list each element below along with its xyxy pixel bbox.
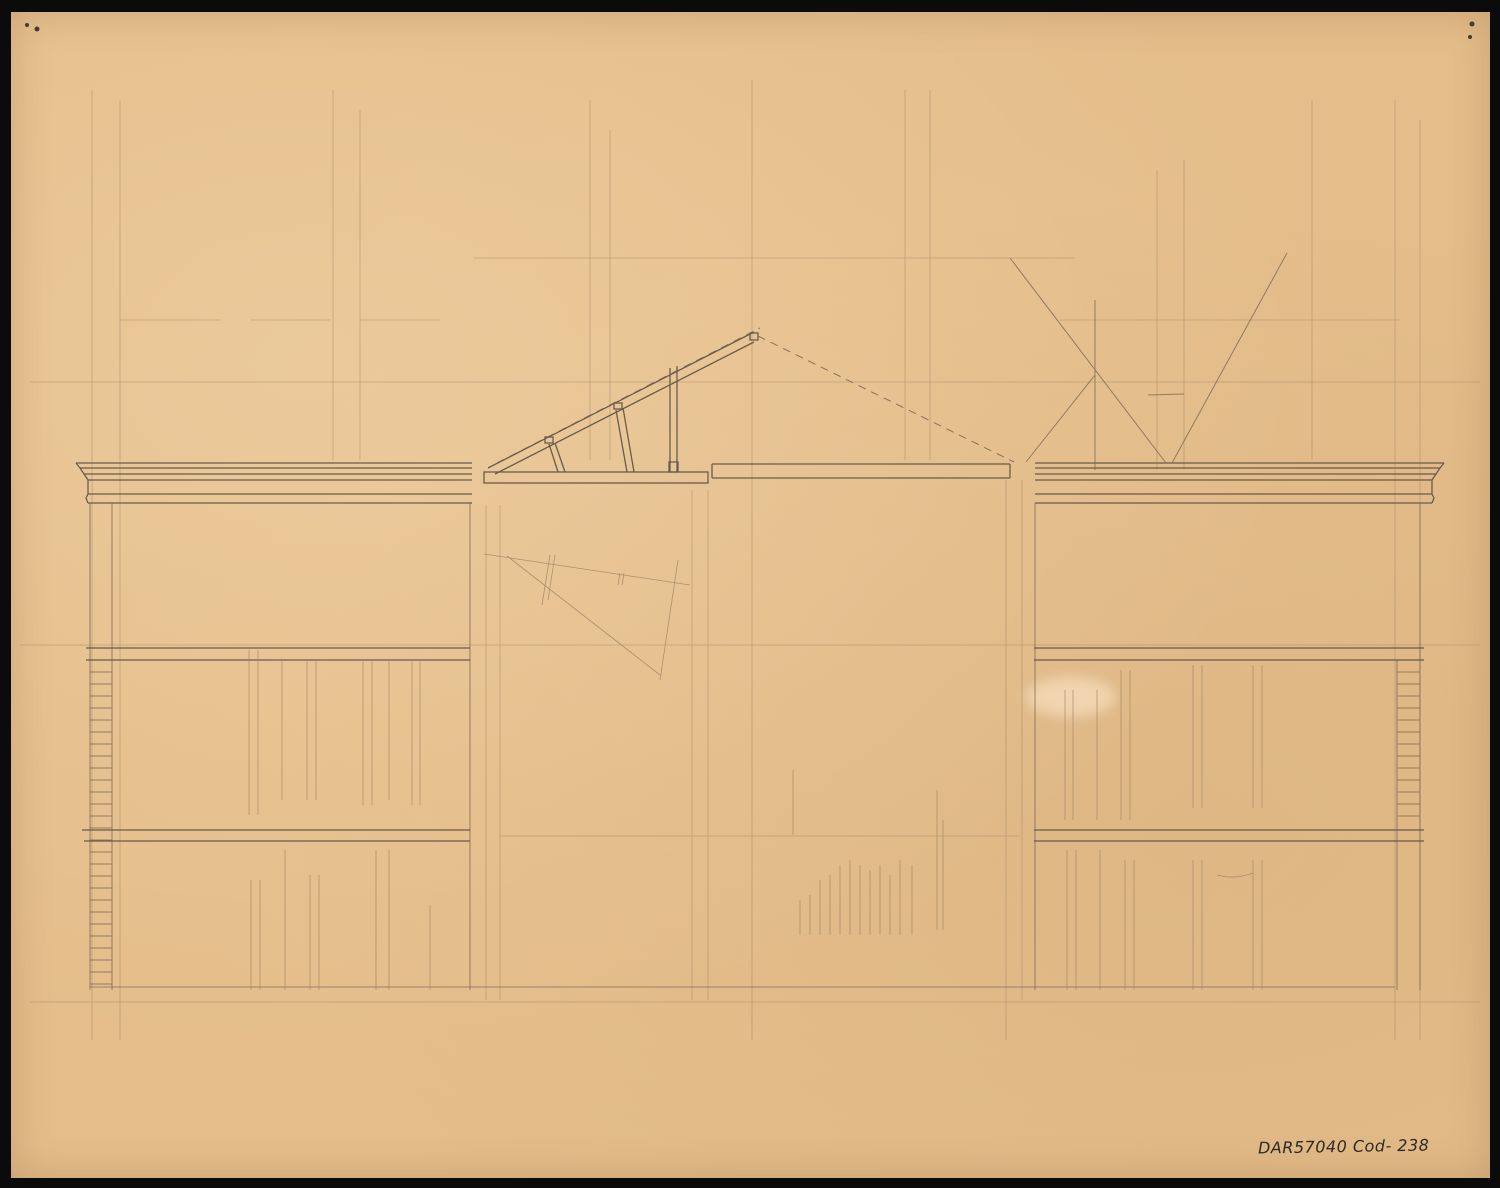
window-mullions xyxy=(249,650,1262,990)
floor-lines xyxy=(82,648,1424,987)
left-wall-hatching xyxy=(90,672,112,984)
catalog-label: DAR57040 Cod- 238 xyxy=(1258,1136,1430,1158)
right-wing-cornice xyxy=(1035,463,1444,503)
right-wall-hatching xyxy=(1397,672,1420,816)
perspective-sketch xyxy=(484,554,690,680)
right-v-construction xyxy=(1010,253,1287,470)
center-slab xyxy=(712,464,1010,478)
roof-dashed-slope xyxy=(497,328,1014,463)
left-wing-cornice xyxy=(76,463,472,503)
roof-truss xyxy=(484,332,758,483)
architectural-drawing xyxy=(0,0,1500,1188)
sheet-punch-holes xyxy=(25,22,1475,40)
wing-walls xyxy=(90,503,1420,990)
construction-grid xyxy=(20,80,1480,1040)
